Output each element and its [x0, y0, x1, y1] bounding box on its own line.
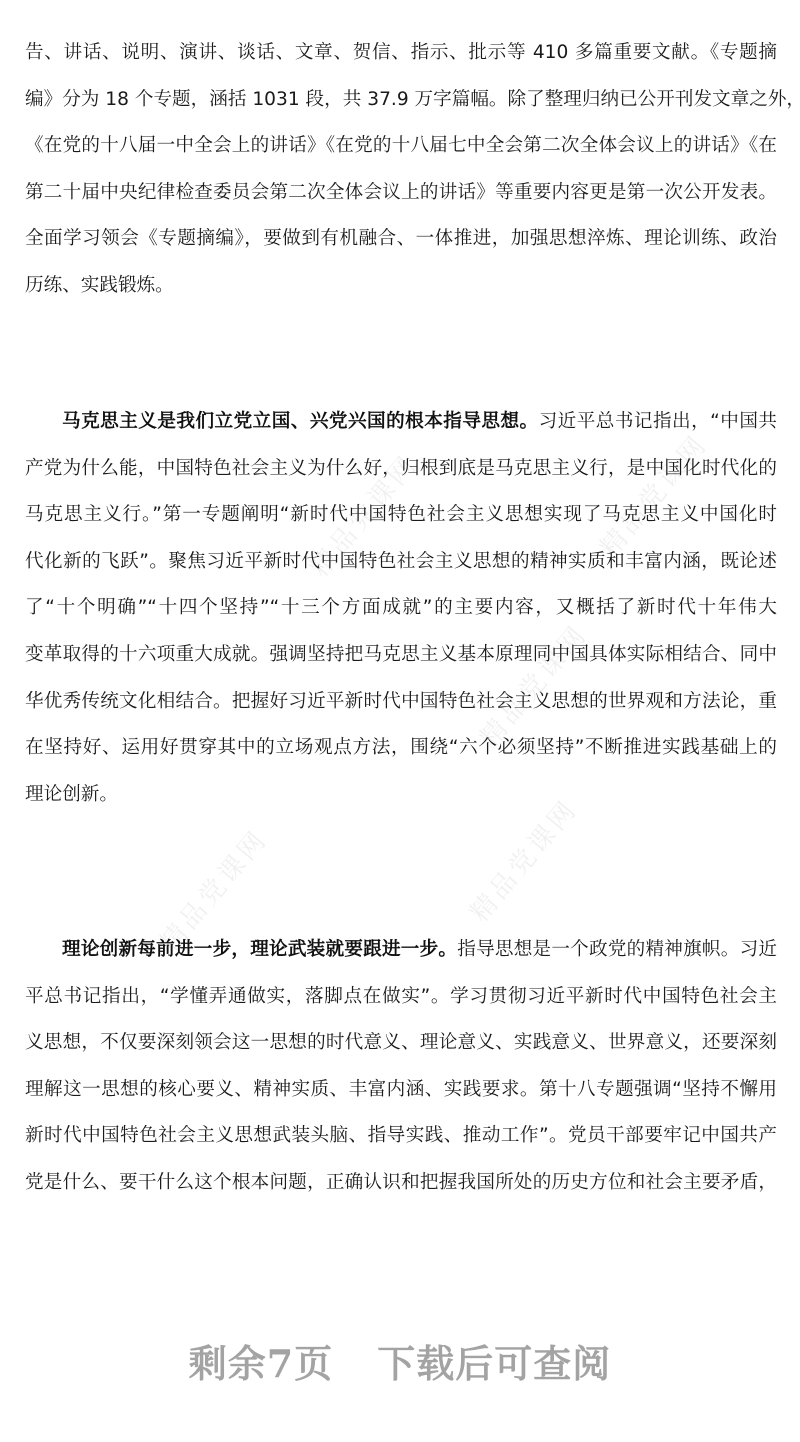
text-line: 编》分为 18 个专题，涵括 1031 段，共 37.9 万字篇幅。除了整理归纳…	[25, 77, 777, 124]
text-line: 全面学习领会《专题摘编》，要做到有机融合、一体推进，加强思想淬炼、理论训练、政治	[25, 216, 777, 263]
text-line: 代化新的飞跃”。聚焦习近平新时代中国特色社会主义思想的精神实质和丰富内涵，既论述	[25, 539, 777, 586]
text-line: 马克思主义是我们立党立国、兴党兴国的根本指导思想。习近平总书记指出，“中国共	[25, 399, 777, 446]
text-line: 理解这一思想的核心要义、精神实质、丰富内涵、实践要求。第十八专题强调“坚持不懈用	[25, 1067, 777, 1114]
text-line: 产党为什么能，中国特色社会主义为什么好，归根到底是马克思主义行，是中国化时代化的	[25, 446, 777, 493]
paragraph-1: 告、讲话、说明、演讲、谈话、文章、贺信、指示、批示等 410 多篇重要文献。《专…	[25, 30, 777, 310]
paragraph-heading: 马克思主义是我们立党立国、兴党兴国的根本指导思想。	[62, 411, 539, 432]
text-line: 新时代中国特色社会主义思想武装头脑、指导实践、推动工作”。党员干部要牢记中国共产	[25, 1113, 777, 1160]
document-page: 精品党课网 精品党课网 精品党课网 精品党课网 精品党课网 告、讲话、说明、演讲…	[0, 0, 800, 1442]
text-run: 习近平总书记指出，“中国共	[539, 411, 777, 432]
remaining-pages-label: 剩余7页	[189, 1341, 333, 1386]
text-line: 理论创新。	[25, 772, 777, 819]
download-to-view-label: 下载后可查阅	[377, 1341, 611, 1386]
text-line: 义思想，不仅要深刻领会这一思想的时代意义、理论意义、实践意义、世界意义，还要深刻	[25, 1020, 777, 1067]
text-line: 平总书记指出，“学懂弄通做实，落脚点在做实”。学习贯彻习近平新时代中国特色社会主	[25, 974, 777, 1021]
text-line: 马克思主义行。”第一专题阐明“新时代中国特色社会主义思想实现了马克思主义中国化时	[25, 492, 777, 539]
text-line: 在坚持好、运用好贯穿其中的立场观点方法，围绕“六个必须坚持”不断推进实践基础上的	[25, 725, 777, 772]
text-line: 《在党的十八届一中全会上的讲话》《在党的十八届七中全会第二次全体会议上的讲话》《…	[25, 123, 777, 170]
text-line: 党是什么、要干什么这个根本问题，正确认识和把握我国所处的历史方位和社会主要矛盾，	[25, 1160, 777, 1207]
text-line: 历练、实践锻炼。	[25, 263, 777, 310]
paragraph-2: 马克思主义是我们立党立国、兴党兴国的根本指导思想。习近平总书记指出，“中国共 产…	[25, 399, 777, 818]
text-line: 变革取得的十六项重大成就。强调坚持把马克思主义基本原理同中国具体实际相结合、同中	[25, 632, 777, 679]
text-line: 华优秀传统文化相结合。把握好习近平新时代中国特色社会主义思想的世界观和方法论，重	[25, 679, 777, 726]
paragraph-3: 理论创新每前进一步，理论武装就要跟进一步。指导思想是一个政党的精神旗帜。习近 平…	[25, 927, 777, 1207]
remaining-pages-banner[interactable]: 剩余7页下载后可查阅	[0, 1338, 800, 1390]
text-line: 理论创新每前进一步，理论武装就要跟进一步。指导思想是一个政党的精神旗帜。习近	[25, 927, 777, 974]
paragraph-heading: 理论创新每前进一步，理论武装就要跟进一步。	[62, 939, 457, 960]
text-line: 第二十届中央纪律检查委员会第二次全体会议上的讲话》等重要内容更是第一次公开发表。	[25, 170, 777, 217]
text-line: 了“十个明确”“十四个坚持”“十三个方面成就”的主要内容，又概括了新时代十年伟大	[25, 585, 777, 632]
text-line: 告、讲话、说明、演讲、谈话、文章、贺信、指示、批示等 410 多篇重要文献。《专…	[25, 30, 777, 77]
text-run: 指导思想是一个政党的精神旗帜。习近	[457, 939, 777, 960]
